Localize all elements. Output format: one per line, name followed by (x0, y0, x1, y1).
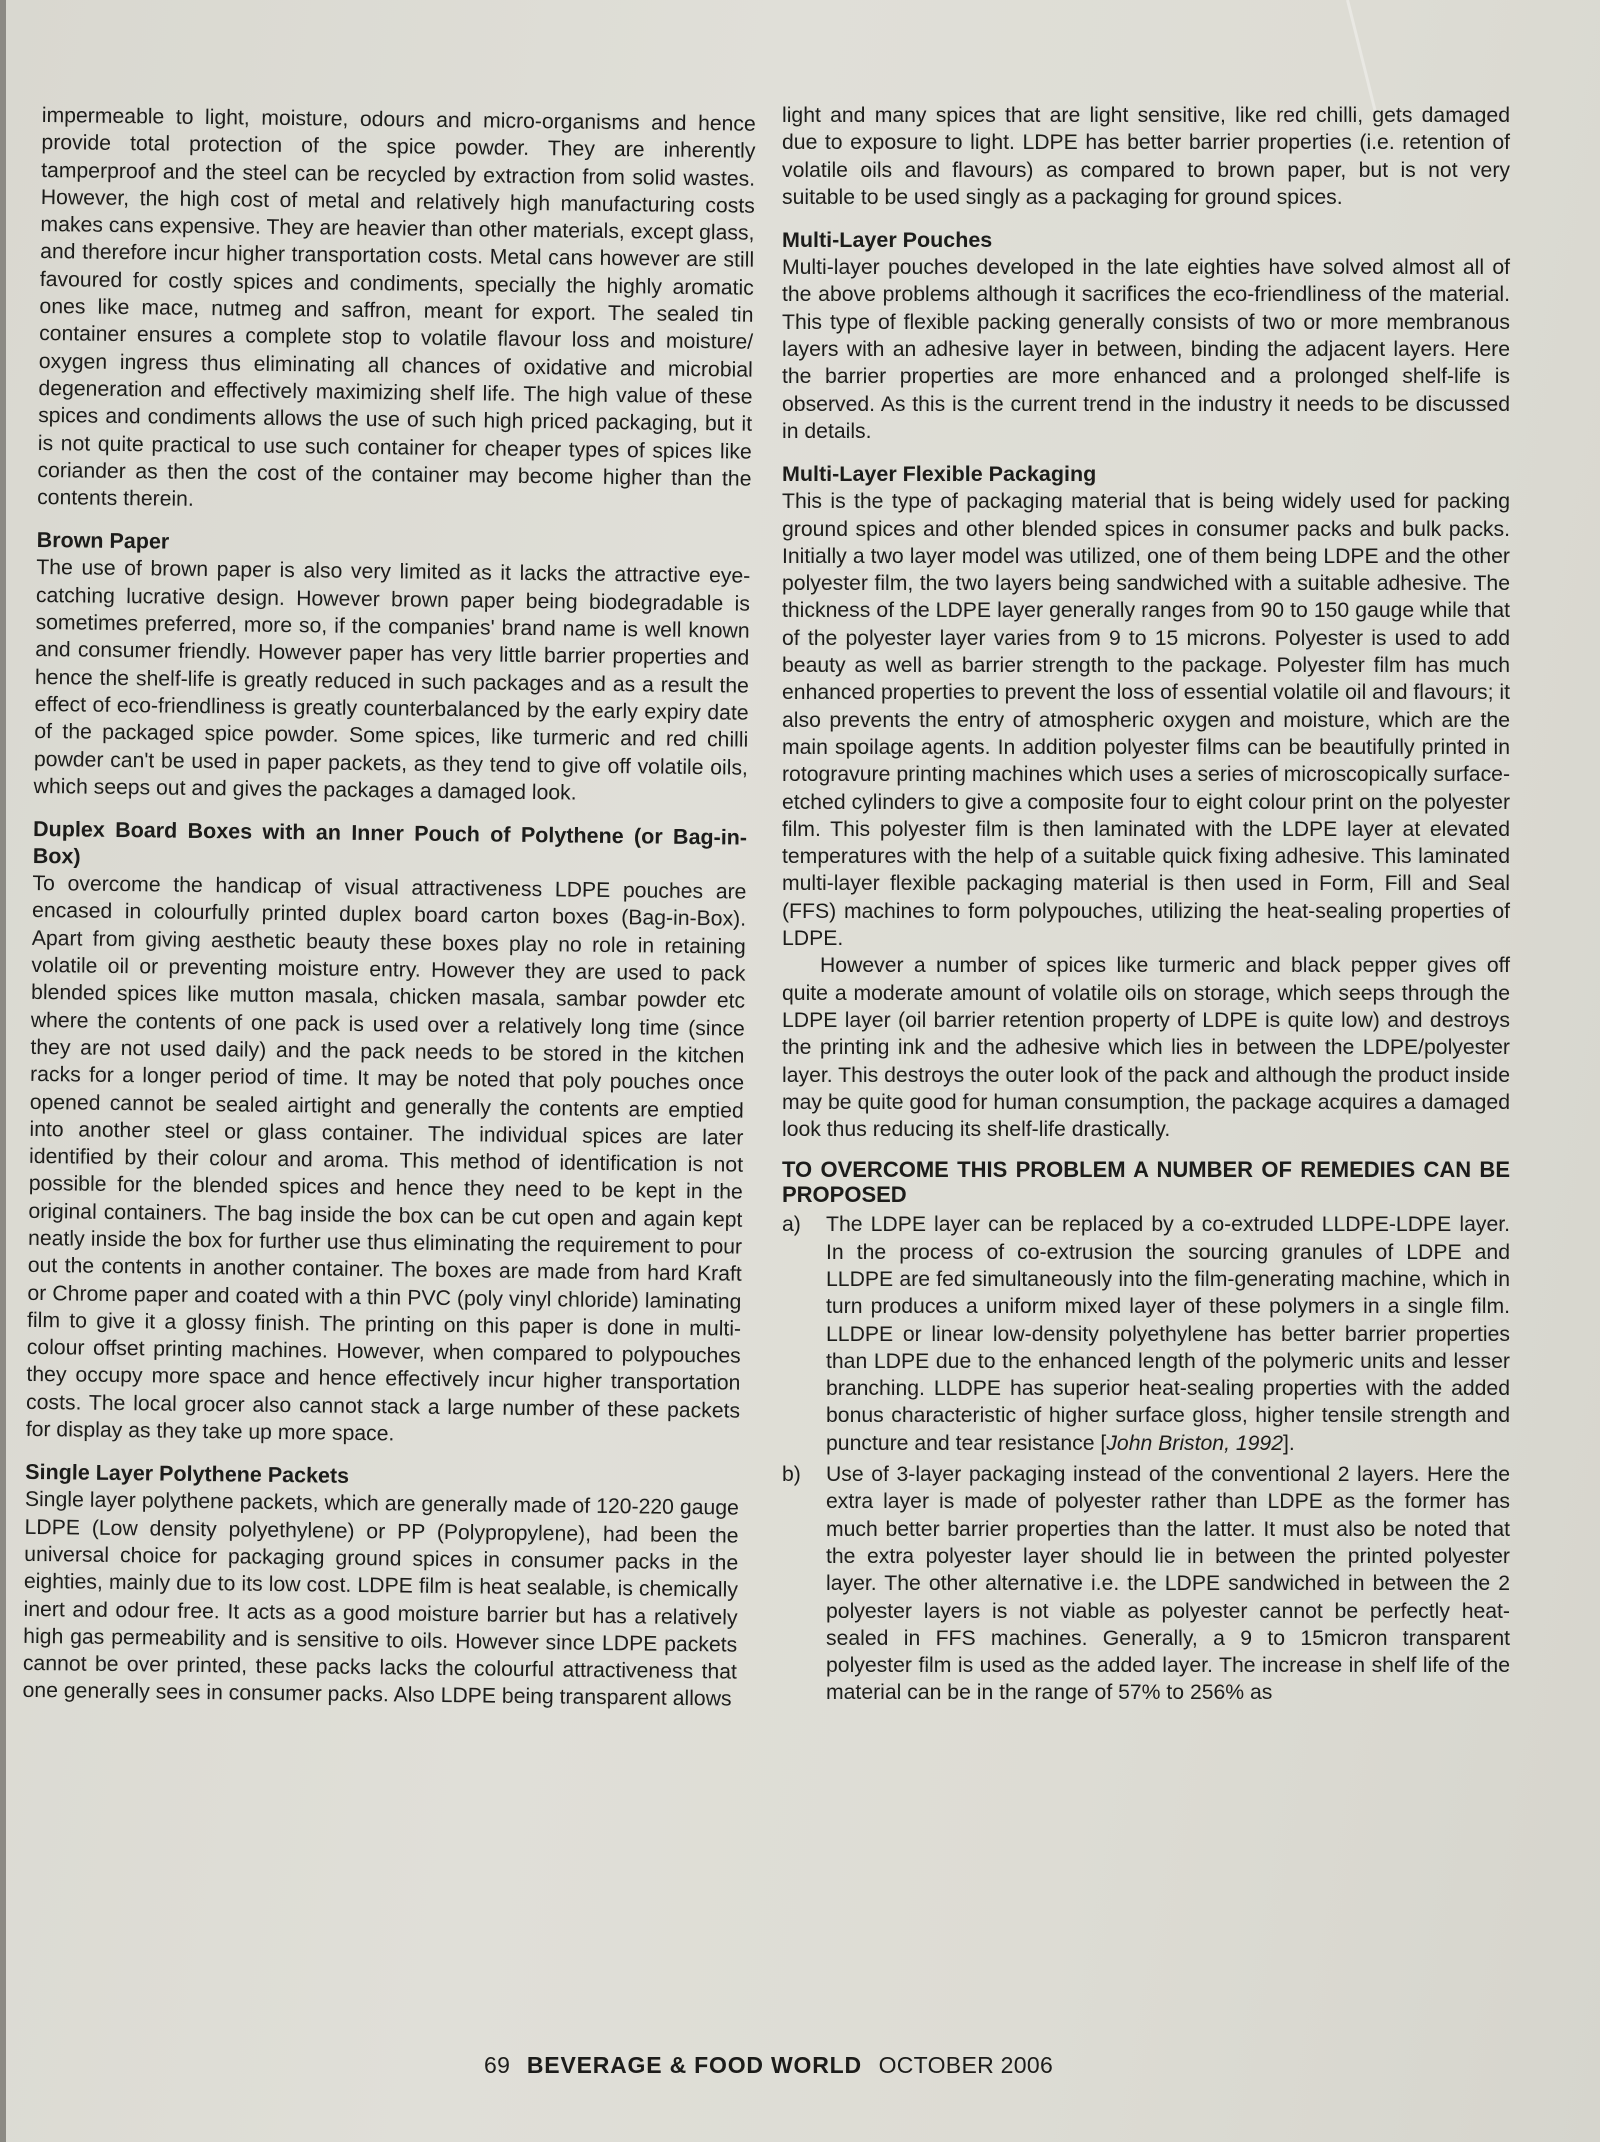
volatile-oils-paragraph: However a number of spices like turmeric… (782, 952, 1510, 1143)
remedies-list: a) The LDPE layer can be replaced by a c… (782, 1211, 1510, 1706)
remedy-item-a: a) The LDPE layer can be replaced by a c… (782, 1211, 1510, 1457)
magazine-page: impermeable to light, moisture, odours a… (6, 0, 1600, 2142)
section-heading-multi-layer-pouches: Multi-Layer Pouches (782, 227, 1510, 254)
single-layer-paragraph: Single layer polythene packets, which ar… (22, 1486, 739, 1713)
list-marker: a) (782, 1211, 826, 1457)
right-column: light and many spices that are light sen… (782, 102, 1510, 1707)
ldpe-light-paragraph: light and many spices that are light sen… (782, 102, 1510, 211)
remedy-item-b: b) Use of 3-layer packaging instead of t… (782, 1461, 1510, 1707)
multi-layer-pouches-paragraph: Multi-layer pouches developed in the lat… (782, 254, 1510, 445)
remedy-text: The LDPE layer can be replaced by a co-e… (826, 1211, 1510, 1457)
multi-layer-flexible-paragraph: This is the type of packaging material t… (782, 488, 1510, 952)
duplex-board-paragraph: To overcome the handicap of visual attra… (26, 870, 747, 1452)
section-heading-multi-layer-flexible: Multi-Layer Flexible Packaging (782, 461, 1510, 488)
citation: John Briston, 1992 (1106, 1432, 1283, 1455)
remedies-heading: TO OVERCOME THIS PROBLEM A NUMBER OF REM… (782, 1157, 1510, 1207)
magazine-title: BEVERAGE & FOOD WORLD (527, 2052, 862, 2078)
list-marker: b) (782, 1461, 826, 1707)
brown-paper-paragraph: The use of brown paper is also very limi… (33, 554, 750, 808)
remedy-text: Use of 3-layer packaging instead of the … (826, 1461, 1510, 1707)
left-column: impermeable to light, moisture, odours a… (22, 102, 756, 1713)
page-number: 69 (484, 2052, 510, 2078)
page-edge (0, 0, 6, 2142)
page-footer: 69 BEVERAGE & FOOD WORLD OCTOBER 2006 (484, 2052, 1053, 2079)
section-heading-duplex-board: Duplex Board Boxes with an Inner Pouch o… (33, 816, 748, 879)
metal-cans-paragraph: impermeable to light, moisture, odours a… (37, 102, 756, 520)
issue-date: OCTOBER 2006 (879, 2052, 1053, 2078)
